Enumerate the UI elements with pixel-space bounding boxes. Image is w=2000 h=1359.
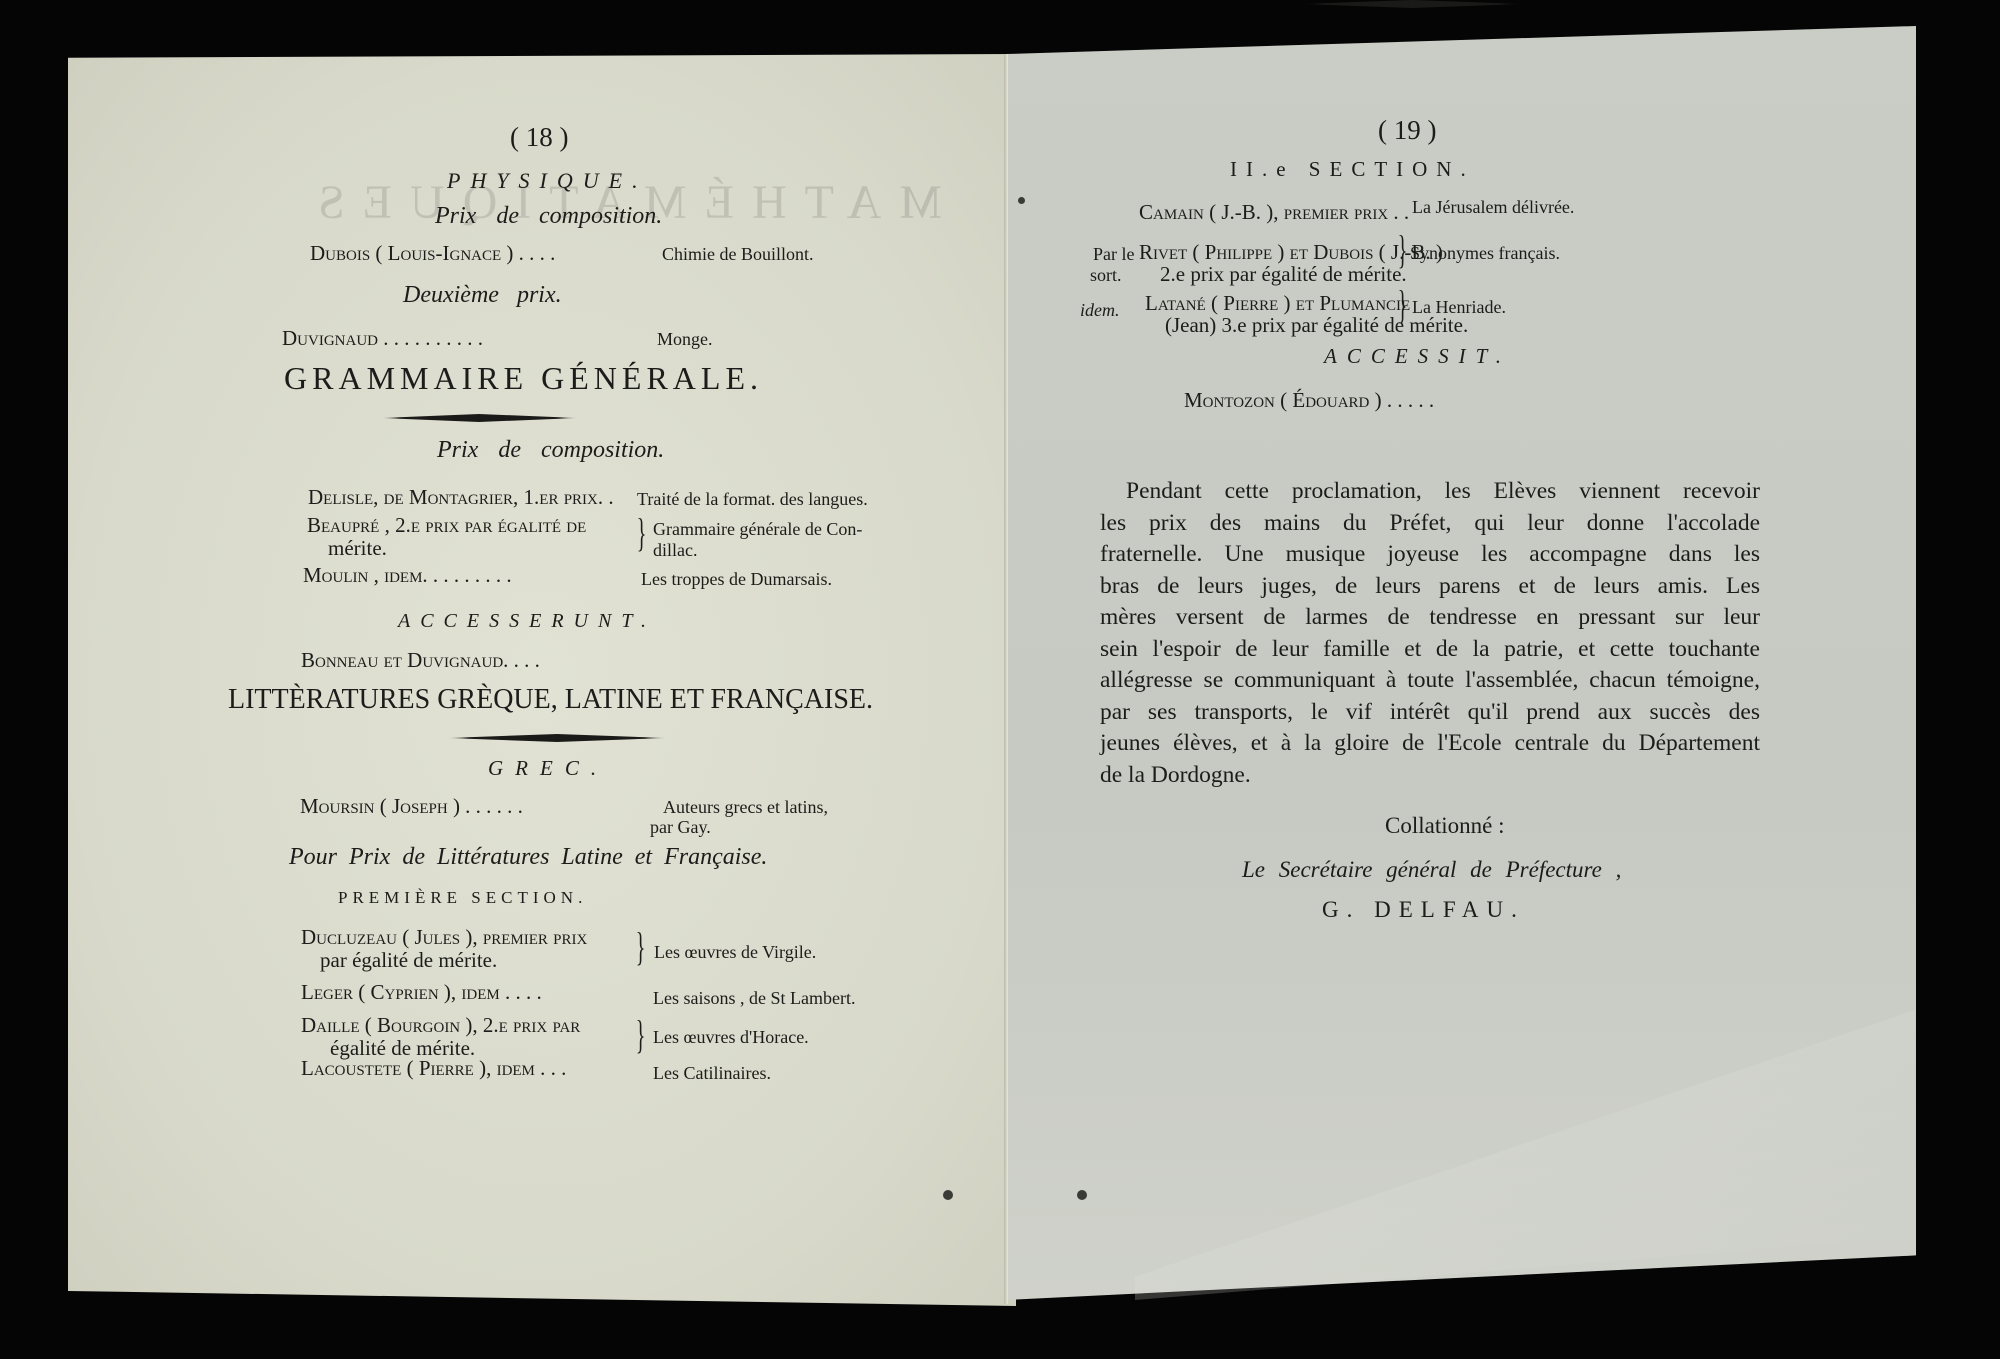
paragraph-line: de la Dordogne. <box>1100 760 1760 792</box>
entry-name-continued: mérite. <box>328 536 387 561</box>
paragraph-line: les prix des mains du Préfet, qui leur d… <box>1100 508 1760 540</box>
entry-prize: Les œuvres de Virgile. <box>654 942 816 963</box>
brace: } <box>636 927 646 967</box>
paragraph-line: par ses transports, le vif intérêt qu'il… <box>1100 697 1760 729</box>
stitch-hole <box>943 1190 953 1200</box>
brace: } <box>636 1015 646 1055</box>
subheading-prix-composition: Prix de composition. <box>435 203 662 230</box>
entry-name: Moursin ( Joseph ) . . . . . . <box>300 794 523 819</box>
entry-name: Duvignaud . . . . . . . . . . <box>282 326 483 351</box>
binding-gutter <box>1004 54 1008 1304</box>
stitch-hole <box>1018 197 1025 204</box>
signatory-name: G. DELFAU. <box>1322 897 1525 923</box>
entry-name: Ducluzeau ( Jules ), premier prix <box>301 925 587 950</box>
entry-prize: La Jérusalem délivrée. <box>1412 197 1574 218</box>
subheading-prix-composition: Prix de composition. <box>437 437 664 464</box>
brace: } <box>1398 230 1408 270</box>
heading-accesserunt: ACCESSERUNT. <box>398 610 656 633</box>
heading-litteratures: LITTÈRATURES GRÈQUE, LATINE ET FRANÇAISE… <box>228 684 873 716</box>
stitch-hole <box>1077 1190 1087 1200</box>
entry-name: Daille ( Bourgoin ), 2.e prix par <box>301 1013 580 1038</box>
heading-accessit: ACCESSIT. <box>1324 344 1511 369</box>
entry-prize: La Henriade. <box>1412 297 1506 318</box>
entry-name: Moulin , idem. . . . . . . . . <box>303 563 512 588</box>
signatory-title: Le Secrétaire général de Préfecture , <box>1242 857 1621 883</box>
entry-note: idem. <box>1080 300 1120 321</box>
entry-prize-continued: par Gay. <box>650 817 711 838</box>
entry-prize: Les saisons , de St Lambert. <box>653 988 855 1009</box>
brace: } <box>637 513 647 553</box>
entry-name: Delisle, de Montagrier, 1.er prix. . <box>308 485 614 510</box>
heading-grec: GREC. <box>488 756 608 781</box>
entry-note-continued: sort. <box>1090 265 1122 286</box>
entry-prize: Les Catilinaires. <box>653 1063 771 1084</box>
paragraph-line: bras de leurs juges, de leurs parens et … <box>1100 571 1760 603</box>
entry-prize-continued: dillac. <box>653 540 697 561</box>
paragraph-line: fraternelle. Une musique joyeuse les acc… <box>1100 539 1760 571</box>
entry-prize: Grammaire générale de Con- <box>653 519 862 540</box>
entry-prize: Les œuvres d'Horace. <box>653 1027 809 1048</box>
heading-latin-francaise: Pour Prix de Littératures Latine et Fran… <box>289 844 767 871</box>
heading-premiere-section: PREMIÈRE SECTION. <box>338 888 587 908</box>
ornamental-rule <box>1302 0 1522 8</box>
entry-prize: Monge. <box>657 329 713 350</box>
entry-prize: Synonymes français. <box>1410 243 1560 264</box>
entry-name: Beaupré , 2.e prix par égalité de <box>307 513 586 538</box>
collationne-label: Collationné : <box>1385 813 1504 839</box>
accessit-name: Montozon ( Édouard ) . . . . . <box>1184 388 1434 413</box>
entry-name-continued: 2.e prix par égalité de mérite. <box>1160 262 1407 287</box>
entry-note: Par le <box>1093 244 1134 265</box>
heading-grammaire-generale: GRAMMAIRE GÉNÉRALE. <box>284 360 763 397</box>
subheading-deuxieme-prix: Deuxième prix. <box>403 282 562 309</box>
entry-name-continued: par égalité de mérite. <box>320 948 497 973</box>
entry-prize: Chimie de Bouillont. <box>662 244 814 265</box>
heading-second-section: II.e SECTION. <box>1230 157 1475 182</box>
accesserunt-names: Bonneau et Duvignaud. . . . <box>301 648 540 673</box>
paragraph-line: jeunes élèves, et à la gloire de l'Ecole… <box>1100 728 1760 760</box>
entry-prize: Les troppes de Dumarsais. <box>641 569 832 590</box>
entry-prize: Traité de la format. des langues. <box>637 489 868 510</box>
page-number-right: ( 19 ) <box>1378 115 1436 146</box>
brace: } <box>1398 285 1408 325</box>
entry-name: Dubois ( Louis-Ignace ) . . . . <box>310 241 555 266</box>
proclamation-paragraph: Pendant cette proclamation, les Elèves v… <box>1100 476 1760 791</box>
entry-name: Leger ( Cyprien ), idem . . . . <box>301 980 542 1005</box>
entry-name: Camain ( J.-B. ), premier prix . . <box>1139 200 1409 225</box>
heading-physique: PHYSIQUE. <box>447 168 648 194</box>
paragraph-line: sein l'espoir de leur famille et de la p… <box>1100 634 1760 666</box>
page-number-left: ( 18 ) <box>510 122 568 153</box>
entry-prize: Auteurs grecs et latins, <box>663 797 828 818</box>
paragraph-line: Pendant cette proclamation, les Elèves v… <box>1100 476 1760 508</box>
paragraph-line: mères versent de larmes de tendresse en … <box>1100 602 1760 634</box>
entry-name: Lacoustete ( Pierre ), idem . . . <box>301 1056 566 1081</box>
paragraph-line: allégresse se communiquant à toute l'ass… <box>1100 665 1760 697</box>
